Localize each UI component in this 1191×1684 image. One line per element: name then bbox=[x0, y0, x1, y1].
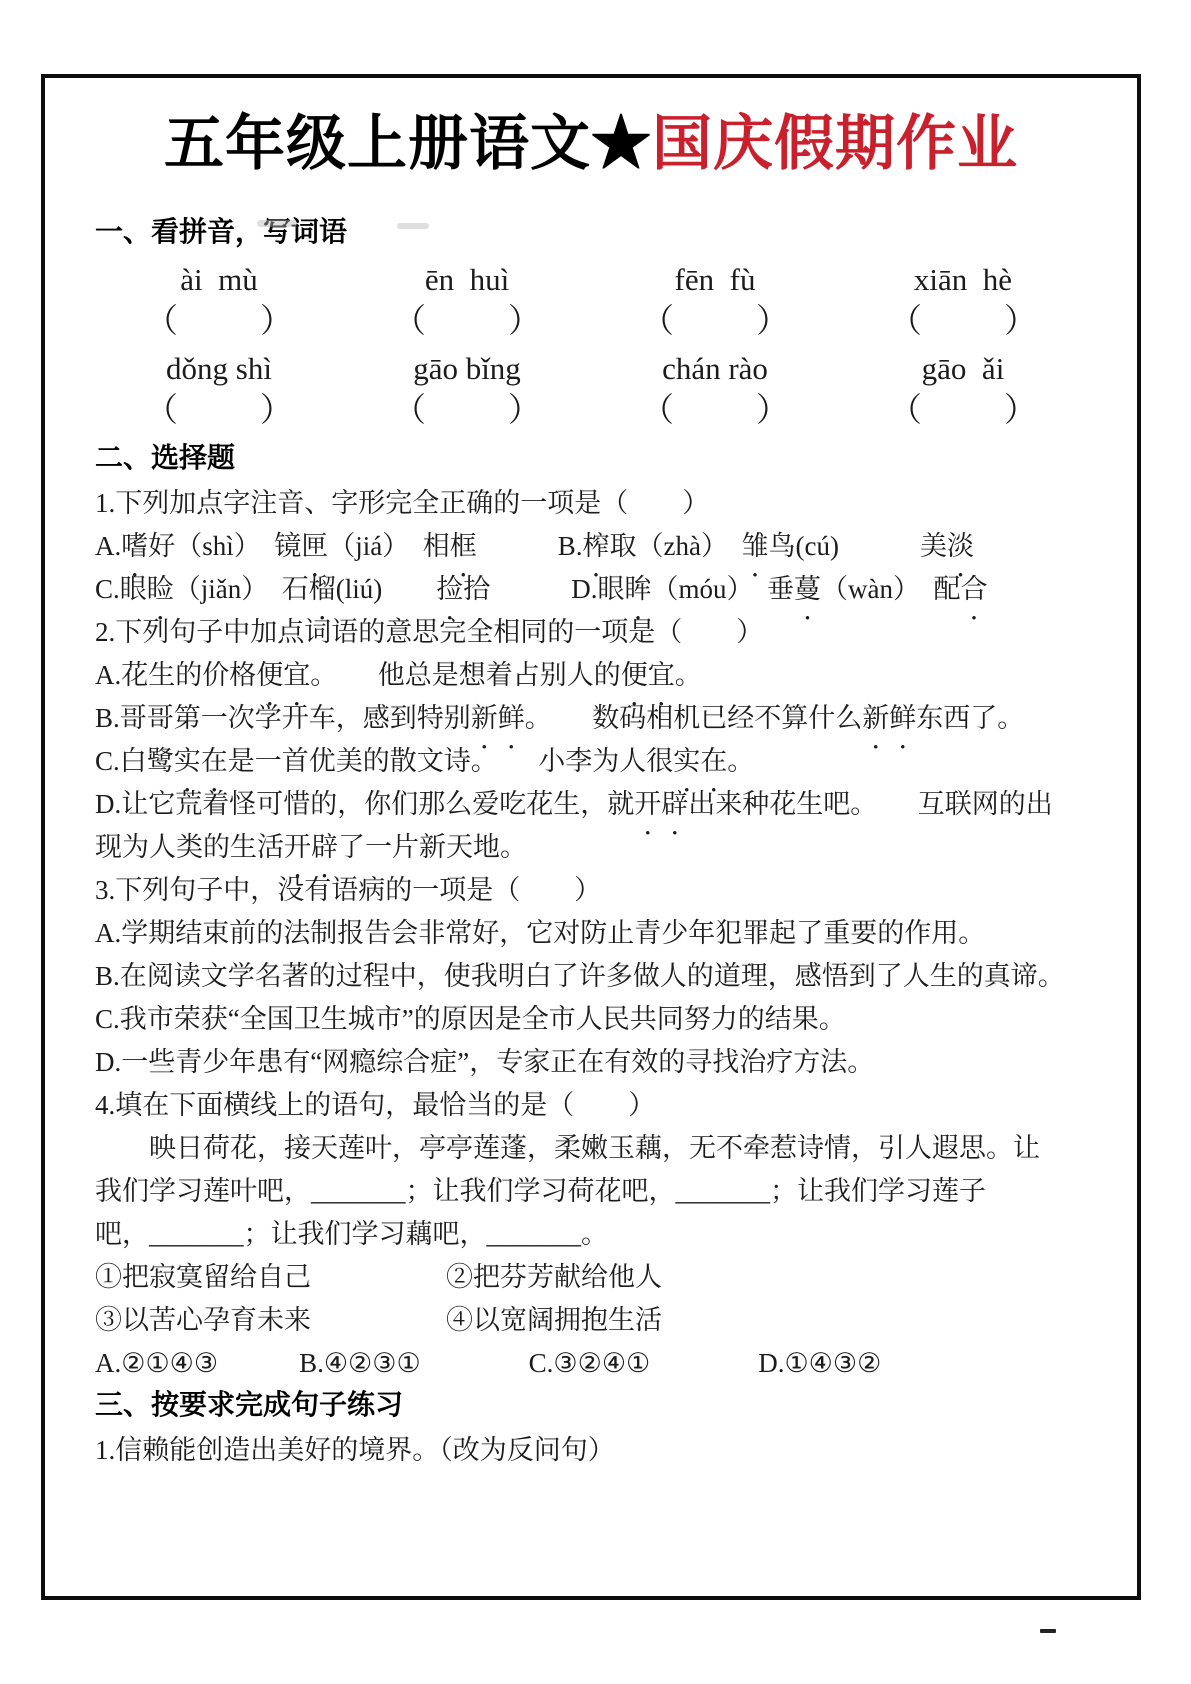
question-1-options-ab: A.嗜好（shì） 镜匣（jiá） 相框 B.榨取（zhà） 雏鸟(cú) 美淡 bbox=[95, 525, 1087, 568]
paren-close: ） bbox=[508, 301, 541, 343]
question-3-option-d: D.一些青少年患有“网瘾综合症”，专家正在有效的寻找治疗方法。 bbox=[95, 1041, 1087, 1084]
paren-open: （ bbox=[393, 301, 426, 343]
paren-close: ） bbox=[260, 390, 293, 432]
emphasized-character: 框 bbox=[450, 525, 477, 568]
emphasized-character: 辟 bbox=[661, 783, 688, 826]
answer-blank: （） bbox=[591, 301, 839, 343]
question-2-option-c: C.白鹭实在是一首优美的散文诗。 小李为人很实在。 bbox=[95, 740, 1087, 783]
answer-blank: （） bbox=[839, 301, 1087, 343]
emphasized-character: 匣 bbox=[301, 525, 328, 568]
emphasized-character: 宜 bbox=[648, 654, 675, 697]
emphasized-character: 新 bbox=[862, 697, 889, 740]
question-1-stem: 1.下列加点字注音、字形完全正确的一项是（ ） bbox=[95, 482, 1087, 525]
emphasized-character: 捡 bbox=[436, 568, 463, 611]
emphasized-character: 淡 bbox=[947, 525, 974, 568]
emphasized-character: 榴 bbox=[309, 568, 336, 611]
section3-question-1: 1.信赖能创造出美好的境界。（改为反问句） bbox=[95, 1429, 1087, 1472]
pinyin-word: xiān hè bbox=[839, 260, 1087, 300]
question-2-stem: 2.下列句子中加点词语的意思完全相同的一项是（ ） bbox=[95, 611, 1087, 654]
page-number-mark bbox=[1040, 1629, 1056, 1633]
question-2-option-d-line2: 现为人类的生活开辟了一片新天地。 bbox=[95, 826, 1087, 869]
emphasized-character: 眸 bbox=[625, 568, 652, 611]
title-red-text: 国庆假期作业 bbox=[652, 111, 1018, 177]
emphasized-character: 鲜 bbox=[889, 697, 916, 740]
paren-open: （ bbox=[889, 301, 922, 343]
question-2-option-d-line1: D.让它荒着怪可惜的，你们那么爱吃花生，就开辟出来种花生吧。 互联网的出 bbox=[95, 783, 1087, 826]
question-4-passage-line2: 我们学习莲叶吧，_______；让我们学习荷花吧，_______；让我们学习莲子 bbox=[95, 1170, 1087, 1213]
emphasized-character: 蔓 bbox=[794, 568, 821, 611]
emphasized-character: 开 bbox=[634, 783, 661, 826]
paren-open: （ bbox=[145, 301, 178, 343]
pinyin-word: gāo ǎi bbox=[839, 349, 1087, 389]
question-4-passage-line3: 吧，_______；让我们学习藕吧，_______。 bbox=[95, 1213, 1087, 1256]
emphasized-character: 宜 bbox=[283, 654, 310, 697]
paren-open: （ bbox=[393, 390, 426, 432]
answer-blank: （） bbox=[95, 301, 343, 343]
pinyin-row-2: dǒng shì gāo bǐng chán rào gāo ǎi bbox=[95, 349, 1087, 389]
paren-open: （ bbox=[641, 390, 674, 432]
question-2-option-b: B.哥哥第一次学开车，感到特别新鲜。 数码相机已经不算什么新鲜东西了。 bbox=[95, 697, 1087, 740]
emphasized-character: 睑 bbox=[147, 568, 174, 611]
emphasized-character: 鲜 bbox=[498, 697, 525, 740]
question-3-option-a: A.学期结束前的法制报告会非常好，它对防止青少年犯罪起了重要的作用。 bbox=[95, 912, 1087, 955]
emphasized-character: 辟 bbox=[311, 826, 338, 869]
question-3-option-c: C.我市荣获“全国卫生城市”的原因是全市人民共同努力的结果。 bbox=[95, 998, 1087, 1041]
emphasized-character: 实 bbox=[174, 740, 201, 783]
pinyin-word: ài mù bbox=[95, 260, 343, 300]
title-black-text: 五年级上册语文★ bbox=[164, 111, 652, 177]
question-3-option-b: B.在阅读文学名著的过程中，使我明白了许多做人的道理，感悟到了人生的真谛。 bbox=[95, 955, 1087, 998]
answer-blank: （） bbox=[343, 301, 591, 343]
section1-heading: 一、看拼音，写词语 bbox=[95, 214, 1087, 252]
question-4-items-3-4: ③以苦心孕育未来 ④以宽阔拥抱生活 bbox=[95, 1299, 1087, 1342]
answer-paren-row-2: （） （） （） （） bbox=[95, 390, 1087, 432]
worksheet-title: 五年级上册语文★国庆假期作业 bbox=[95, 100, 1087, 188]
paren-close: ） bbox=[1004, 390, 1037, 432]
worksheet-page: { "title": { "black_part": "五年级上册语文★", "… bbox=[0, 0, 1191, 1684]
emphasized-character: 合 bbox=[961, 568, 988, 611]
pinyin-word: fēn fù bbox=[591, 260, 839, 300]
emphasized-character: 便 bbox=[621, 654, 648, 697]
emphasized-character: 在 bbox=[201, 740, 228, 783]
page-border-frame: 五年级上册语文★国庆假期作业 一、看拼音，写词语 ài mù ēn huì fē… bbox=[41, 74, 1141, 1600]
answer-blank: （） bbox=[839, 390, 1087, 432]
pinyin-word: gāo bǐng bbox=[343, 349, 591, 389]
question-2-option-a: A.花生的价格便宜。 他总是想着占别人的便宜。 bbox=[95, 654, 1087, 697]
answer-paren-row-1: （） （） （） （） bbox=[95, 301, 1087, 343]
question-4-stem: 4.填在下面横线上的语句，最恰当的是（ ） bbox=[95, 1084, 1087, 1127]
answer-blank: （） bbox=[343, 390, 591, 432]
answer-blank: （） bbox=[591, 390, 839, 432]
emphasized-character: 便 bbox=[256, 654, 283, 697]
paren-open: （ bbox=[889, 390, 922, 432]
paren-close: ） bbox=[756, 390, 789, 432]
section3-heading: 三、按要求完成句子练习 bbox=[95, 1387, 1087, 1425]
paren-close: ） bbox=[756, 301, 789, 343]
paren-close: ） bbox=[1004, 301, 1037, 343]
question-4-items-1-2: ①把寂寞留给自己 ②把芬芳献给他人 bbox=[95, 1256, 1087, 1299]
paren-close: ） bbox=[508, 390, 541, 432]
emphasized-character: 雏 bbox=[742, 525, 769, 568]
emphasized-character: 在 bbox=[700, 740, 727, 783]
emphasized-character: 开 bbox=[284, 826, 311, 869]
emphasized-character: 新 bbox=[471, 697, 498, 740]
pinyin-row-1: ài mù ēn huì fēn fù xiān hè bbox=[95, 260, 1087, 300]
paren-open: （ bbox=[145, 390, 178, 432]
question-1-options-cd: C.眼睑（jiǎn） 石榴(liú) 捡拾 D.眼眸（móu） 垂蔓（wàn） … bbox=[95, 568, 1087, 611]
paren-open: （ bbox=[641, 301, 674, 343]
question-4-choices: A.②①④③ B.④②③① C.③②④① D.①④③② bbox=[95, 1342, 1087, 1385]
question-3-stem: 3.下列句子中，没有语病的一项是（ ） bbox=[95, 869, 1087, 912]
section2-heading: 二、选择题 bbox=[95, 440, 1087, 478]
emphasized-character: 实 bbox=[673, 740, 700, 783]
question-4-passage-line1: 映日荷花，接天莲叶，亭亭莲蓬，柔嫩玉藕，无不牵惹诗情，引人遐思。让 bbox=[95, 1127, 1087, 1170]
scan-smudge-mark bbox=[397, 223, 429, 229]
pinyin-word: ēn huì bbox=[343, 260, 591, 300]
scan-smudge-mark bbox=[257, 220, 297, 227]
emphasized-character: 嗜 bbox=[121, 525, 148, 568]
answer-blank: （） bbox=[95, 390, 343, 432]
pinyin-word: dǒng shì bbox=[95, 349, 343, 389]
paren-close: ） bbox=[260, 301, 293, 343]
pinyin-word: chán rào bbox=[591, 349, 839, 389]
emphasized-character: 榨 bbox=[583, 525, 610, 568]
